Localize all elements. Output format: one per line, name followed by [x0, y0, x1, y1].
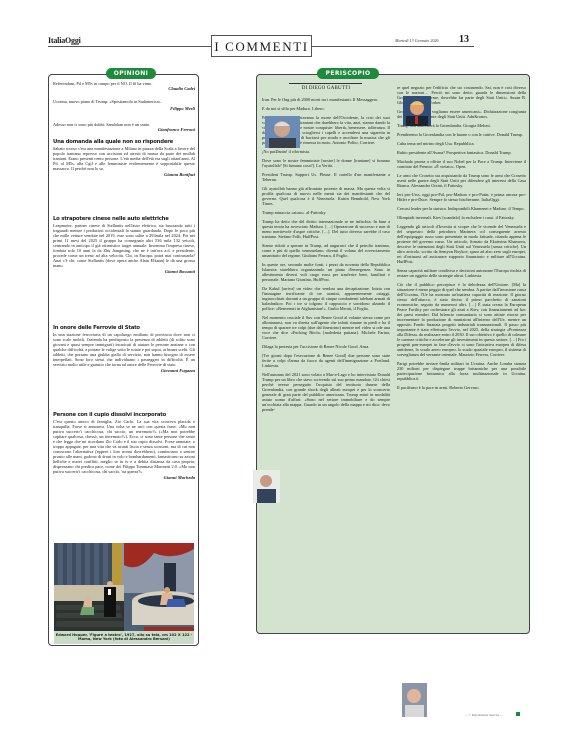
periscopio-item: Cercasi leader per la sinistra. Indispon… — [397, 206, 526, 211]
article-author: Gianni Macheda — [53, 475, 195, 481]
brief-author: Gianfranco Ferroni — [53, 127, 195, 133]
article-title: Una domanda alla quale non so rispondere — [53, 139, 195, 146]
article-author: Gianni Bossanti — [53, 269, 195, 275]
brief-author: Filippo Merli — [53, 106, 195, 112]
periscopio-item: Da Kabul [arriva] un video che sembra un… — [262, 286, 390, 311]
periscopio-item: Ciò che il pubblico percepisce è la debo… — [397, 282, 526, 357]
opinioni-article: Una domanda alla quale non so rispondere… — [53, 139, 195, 178]
end-square-icon — [516, 712, 520, 716]
periscopio-item: Machado pronta a offrire il suo Nobel pe… — [397, 159, 526, 169]
periscopio-item: Iran. Per le Ong più di 2000 morti tra i… — [262, 97, 390, 102]
masthead-logo: ItaliaOggi — [48, 36, 81, 45]
page-number: 13 — [459, 34, 469, 45]
article-title: Persone con il cupio dissolvi incorporat… — [53, 412, 195, 419]
periscopio-item: President Trump. Support Us. Please. Il … — [262, 172, 390, 182]
article-body: Leapmotor, partner cinese di Stellantis … — [53, 223, 195, 268]
periscopio-item: Prenderemo la Groenlandia con le buone o… — [397, 132, 526, 137]
periscopio-item: Siamo ridotti a sperare in Trump, ad aug… — [262, 243, 390, 258]
article-author: Giovanni Fugazza — [53, 368, 195, 374]
trump-portrait-photo — [403, 96, 431, 126]
meotti-portrait-photo — [253, 470, 280, 503]
opinioni-label: OPINIONI — [106, 68, 156, 79]
periscopio-item: Gli ayatollah hanno già affrontato prote… — [262, 186, 390, 206]
periscopio-column-2: re quel negozio per l'edificio che sto c… — [397, 85, 526, 390]
periscopio-item: Il pacifismo è la pace in armi. Roberto … — [397, 385, 526, 390]
byline-rule — [289, 83, 362, 84]
article-title: Lo strapotere cinese nelle auto elettric… — [53, 216, 195, 223]
section-title: I COMMENTI — [211, 35, 312, 57]
brief-author: Claudio Cadei — [53, 86, 195, 92]
opinioni-article: Persone con il cupio dissolvi incorporat… — [53, 412, 195, 481]
gabutti-portrait-photo — [265, 116, 300, 148]
article-body: In una stazione ferroviaria di un capolu… — [53, 332, 195, 367]
periscopio-item: Nell'autunno del 2021 sono volato a Mar-… — [262, 372, 390, 412]
periscopio-item: [Tre giorni dopo l'esecuzione di Renee G… — [262, 353, 390, 368]
periscopio-item: Trump minaccia «aiuto». al-Fattosky. — [262, 210, 390, 215]
periscopio-item: Parigi potrebbe inviare 6mila militari i… — [397, 361, 526, 381]
periscopio-label: PERISCOPIO — [317, 68, 379, 79]
periscopio-item: Le armi che Crosetto sta acquistando da … — [397, 173, 526, 188]
periscopio-item: Trump ha detto che del diritto internazi… — [262, 219, 390, 239]
periscopio-item: Leggendo gli articoli d'Izvestia si scop… — [397, 224, 526, 264]
opinioni-brief: Ucraina, nuovo piano di Trump: «Spostiam… — [53, 99, 195, 112]
painting-caption: Edward Hopper, 'Figure a teatro', 1927, … — [54, 631, 194, 644]
article-title: In onore delle Ferrovie di Stato — [53, 325, 195, 332]
periscopio-item: In queste ore, secondo molte fonti, i pe… — [262, 262, 390, 282]
copyright-footer: — © Riproduzione riservata — — [465, 713, 503, 717]
periscopio-item: Olimpiadi invernali. Kiev [scandalo] fa … — [397, 215, 526, 220]
periscopio-item: E da noi si sfila per Maduro. Libero. — [262, 106, 390, 111]
opinioni-article: In onore delle Ferrovie di Stato In una … — [53, 325, 195, 374]
article-body: Sabato scorso c'era una manifestazione a… — [53, 146, 195, 171]
opinioni-article: Lo strapotere cinese nelle auto elettric… — [53, 216, 195, 275]
article-author: Gianna Bonifazi — [53, 172, 195, 178]
periscopio-item: Ieri pro-Urss, oggi pro-Pal, pro-Maduro … — [397, 192, 526, 202]
opinioni-brief: Referendum, Pd e M5s in campo per il NO.… — [53, 81, 195, 92]
periscopio-item: Nel momento cruciale il Suv con Renee Go… — [262, 315, 390, 340]
gervaso-portrait-photo — [402, 683, 427, 717]
periscopio-item: Senza capacità militare condivisa e deci… — [397, 268, 526, 278]
hopper-painting-image — [54, 543, 194, 631]
opinioni-brief: Adesso non ci sono più dubbi: Sandokan n… — [53, 122, 195, 133]
periscopio-byline: DI DIEGO GABUTTI — [262, 86, 390, 91]
periscopio-item: Cuba tema nel mirino degli Usa. Repubbli… — [397, 141, 526, 146]
article-body: C'era questo amico di famiglia, Zio Carl… — [53, 419, 195, 474]
periscopio-item: Dove sono le nostre femministe [nostre] … — [262, 158, 390, 168]
periscopio-item: Dilaga la protesta per l'uccisione di Re… — [262, 344, 390, 349]
issue-date: Martedì 13 Gennaio 2026 — [395, 38, 439, 43]
periscopio-item: ¡No pasDarán! il riformista. — [262, 149, 390, 154]
periscopio-item: Rubio presidente all'Avana? Prospettiva … — [397, 150, 526, 155]
